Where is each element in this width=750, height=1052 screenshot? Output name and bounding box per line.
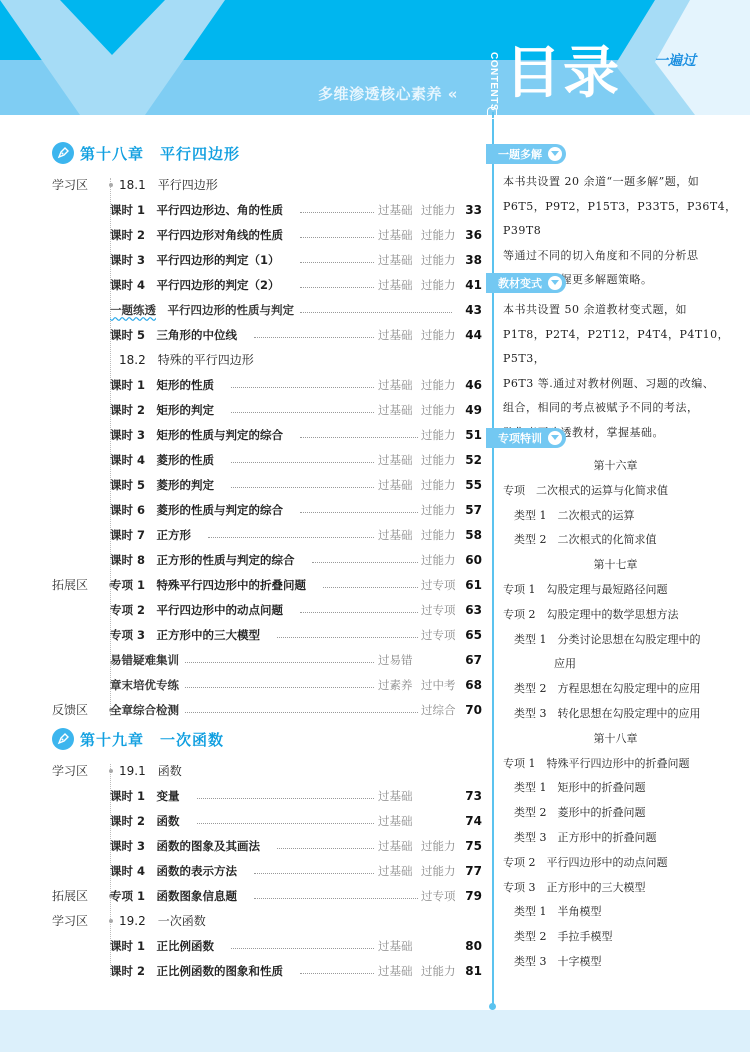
- page-number: 77: [460, 864, 482, 878]
- page-number: 67: [460, 653, 482, 667]
- entry-title: 章末培优专练: [110, 677, 179, 693]
- practice-tag: 过专项: [421, 627, 456, 643]
- entry-label: 课时 8 正方形的性质与判定的综合: [110, 553, 295, 567]
- page-number: 44: [460, 328, 482, 342]
- entry-title: 课时 4 平行四边形的判定（2）: [110, 277, 280, 293]
- practice-tag: 过基础: [378, 402, 413, 418]
- page-number: 73: [460, 789, 482, 803]
- entry-label: 课时 2 函数: [110, 814, 180, 828]
- v-decoration: [0, 0, 230, 115]
- page-number: 80: [460, 939, 482, 953]
- section-title: 18.2 特殊的平行四边形: [119, 351, 254, 368]
- page-number: 68: [460, 678, 482, 692]
- panel-text-line: 组合，相同的考点被赋予不同的考法，: [503, 396, 748, 421]
- entry-title: 课时 8 正方形的性质与判定的综合: [110, 552, 295, 568]
- dotted-leader: [300, 972, 374, 974]
- special-type[interactable]: 应用: [503, 652, 748, 677]
- panel-text-line: 等通过不同的切入角度和不同的分析思: [503, 244, 748, 269]
- special-topic[interactable]: 专项 1 勾股定理与最短路径问题: [503, 578, 748, 603]
- entry-title: 专项 1 函数图象信息题: [110, 888, 237, 904]
- practice-tag: 过素养: [378, 677, 413, 693]
- entry-label: 课时 1 变量: [110, 789, 180, 803]
- entry-label: 课时 3 函数的图象及其画法: [110, 839, 260, 853]
- page-number: 41: [460, 278, 482, 292]
- special-type[interactable]: 类型 1 半角模型: [503, 900, 748, 925]
- chapter-subheading: 第十七章: [503, 553, 748, 578]
- practice-tag: 过基础: [378, 788, 413, 804]
- badge-textbook-variant[interactable]: 教材变式: [486, 273, 566, 293]
- practice-tag: 过能力: [421, 277, 456, 293]
- entry-label: 易错疑难集训: [110, 653, 179, 667]
- toc-row[interactable]: 课时 4 函数的表示方法过基础过能力77: [52, 858, 482, 883]
- pen-icon: [52, 142, 74, 164]
- practice-tag: 过能力: [421, 402, 456, 418]
- page-number: 63: [460, 603, 482, 617]
- dotted-leader: [300, 511, 418, 513]
- page-number: 51: [460, 428, 482, 442]
- entry-label: 课时 3 平行四边形的判定（1）: [110, 253, 280, 267]
- dotted-leader: [312, 561, 419, 563]
- special-type[interactable]: 类型 2 菱形中的折叠问题: [503, 801, 748, 826]
- toc-row[interactable]: 专项 3 正方形中的三大模型过专项65: [52, 622, 482, 647]
- chapter-block: 学习区18.1 平行四边形课时 1 平行四边形边、角的性质过基础过能力33课时 …: [52, 172, 482, 722]
- zone-label: 学习区: [52, 176, 102, 193]
- entry-title: 课时 2 矩形的判定: [110, 402, 214, 418]
- panel-text-line: P1T8，P2T4，P2T12，P4T4，P4T10，P5T3，: [503, 323, 748, 372]
- entry-title: 课时 3 矩形的性质与判定的综合: [110, 427, 283, 443]
- chapter-heading[interactable]: 第十九章 一次函数: [52, 724, 482, 754]
- page-number: 60: [460, 553, 482, 567]
- page-number: 46: [460, 378, 482, 392]
- practice-tag: 过能力: [421, 838, 456, 854]
- practice-tag: 过基础: [378, 477, 413, 493]
- page-number: 75: [460, 839, 482, 853]
- toc-row[interactable]: 拓展区专项 1 特殊平行四边形中的折叠问题过专项61: [52, 572, 482, 597]
- entry-title: 课时 1 矩形的性质: [110, 377, 214, 393]
- practice-tag: 过基础: [378, 377, 413, 393]
- entry-label: 课时 2 平行四边形对角线的性质: [110, 228, 283, 242]
- dotted-leader: [197, 822, 375, 824]
- toc-row[interactable]: 专项 2 平行四边形中的动点问题过专项63: [52, 597, 482, 622]
- toc-row[interactable]: 拓展区专项 1 函数图象信息题过专项79: [52, 883, 482, 908]
- toc-row[interactable]: 课时 2 函数过基础74: [52, 808, 482, 833]
- footer-band: [0, 1010, 750, 1052]
- section-row: 学习区18.1 平行四边形: [52, 172, 482, 197]
- toc-row[interactable]: 课时 8 正方形的性质与判定的综合过能力60: [52, 547, 482, 572]
- dotted-leader: [231, 486, 374, 488]
- entry-title: 一题练透 平行四边形的性质与判定: [110, 302, 294, 318]
- special-type[interactable]: 类型 3 转化思想在勾股定理中的应用: [503, 702, 748, 727]
- practice-tag: 过专项: [421, 602, 456, 618]
- toc-row[interactable]: 课时 1 平行四边形边、角的性质过基础过能力33: [52, 197, 482, 222]
- practice-tag: 过能力: [421, 252, 456, 268]
- zone-dot: [109, 183, 113, 187]
- entry-label: 课时 3 矩形的性质与判定的综合: [110, 428, 283, 442]
- textbook-variant-text: 本书共设置 50 余道教材变式题，如P1T8，P2T4，P2T12，P4T4，P…: [503, 298, 748, 445]
- page-number: 49: [460, 403, 482, 417]
- practice-tag: 过能力: [421, 963, 456, 979]
- dotted-leader: [197, 797, 375, 799]
- zone-dot: [109, 919, 113, 923]
- practice-tag: 过易错: [378, 652, 413, 668]
- zone-label: 拓展区: [52, 887, 102, 904]
- practice-tag: 过基础: [378, 252, 413, 268]
- toc-row[interactable]: 课时 4 菱形的性质过基础过能力52: [52, 447, 482, 472]
- entry-title: 课时 2 平行四边形对角线的性质: [110, 227, 283, 243]
- practice-tag: 过综合: [421, 702, 456, 718]
- entry-title: 全章综合检测: [110, 702, 179, 718]
- panel-text-line: 本书共设置 50 余道教材变式题，如: [503, 298, 748, 323]
- page-number: 55: [460, 478, 482, 492]
- chapter-block: 学习区19.1 函数课时 1 变量过基础73课时 2 函数过基础74课时 3 函…: [52, 758, 482, 983]
- practice-tag: 过基础: [378, 863, 413, 879]
- special-type[interactable]: 类型 2 方程思想在勾股定理中的应用: [503, 677, 748, 702]
- entry-label: 课时 1 矩形的性质: [110, 378, 214, 392]
- badge-multi-solution[interactable]: 一题多解: [486, 144, 566, 164]
- page-number: 70: [460, 703, 482, 717]
- dotted-leader: [300, 236, 374, 238]
- entry-label: 课时 5 三角形的中位线: [110, 328, 237, 342]
- toc-row[interactable]: 一题练透 平行四边形的性质与判定43: [52, 297, 482, 322]
- entry-title: 课时 3 函数的图象及其画法: [110, 838, 260, 854]
- dotted-leader: [231, 411, 374, 413]
- entry-label: 专项 1 特殊平行四边形中的折叠问题: [110, 578, 306, 592]
- dotted-leader: [300, 311, 452, 313]
- panel-text-line: P6T5，P9T2，P15T3，P33T5，P36T4，P39T8: [503, 195, 748, 244]
- entry-title: 课时 5 三角形的中位线: [110, 327, 237, 343]
- table-of-contents: 第十八章 平行四边形学习区18.1 平行四边形课时 1 平行四边形边、角的性质过…: [52, 138, 482, 983]
- page-number: 57: [460, 503, 482, 517]
- toc-row[interactable]: 课时 6 菱形的性质与判定的综合过能力57: [52, 497, 482, 522]
- zone-label: 拓展区: [52, 576, 102, 593]
- section-row: 学习区19.2 一次函数: [52, 908, 482, 933]
- contents-label: CONTENTS: [488, 52, 499, 111]
- toc-row[interactable]: 课时 7 正方形过基础过能力58: [52, 522, 482, 547]
- entry-title: 易错疑难集训: [110, 652, 179, 668]
- dotted-leader: [300, 286, 374, 288]
- chevron-down-icon: [548, 431, 562, 445]
- entry-label: 平行四边形的性质与判定: [156, 303, 294, 317]
- special-type[interactable]: 类型 1 二次根式的运算: [503, 504, 748, 529]
- badge-label: 专项特训: [498, 430, 542, 446]
- practice-tag: 过能力: [421, 327, 456, 343]
- entry-label: 课时 2 正比例函数的图象和性质: [110, 964, 283, 978]
- special-type[interactable]: 类型 1 分类讨论思想在勾股定理中的: [503, 628, 748, 653]
- practice-tag: 过能力: [421, 202, 456, 218]
- toc-row[interactable]: 课时 3 平行四边形的判定（1）过基础过能力38: [52, 247, 482, 272]
- entry-title: 课时 4 函数的表示方法: [110, 863, 237, 879]
- dotted-leader: [208, 536, 374, 538]
- entry-title: 课时 3 平行四边形的判定（1）: [110, 252, 280, 268]
- dotted-leader: [254, 872, 374, 874]
- entry-label: 专项 2 平行四边形中的动点问题: [110, 603, 283, 617]
- practice-tag: 过基础: [378, 527, 413, 543]
- section-title: 18.1 平行四边形: [119, 176, 218, 193]
- toc-row[interactable]: 课时 2 平行四边形对角线的性质过基础过能力36: [52, 222, 482, 247]
- page-number: 65: [460, 628, 482, 642]
- connector-line: [492, 112, 494, 1007]
- entry-title: 课时 6 菱形的性质与判定的综合: [110, 502, 283, 518]
- connector-ring: [487, 107, 497, 119]
- entry-label: 课时 2 矩形的判定: [110, 403, 214, 417]
- panel-text-line: 本书共设置 20 余道“一题多解”题，如: [503, 170, 748, 195]
- practice-tag: 过基础: [378, 963, 413, 979]
- entry-title: 课时 2 函数: [110, 813, 180, 829]
- page-number: 52: [460, 453, 482, 467]
- practice-tag: 过基础: [378, 202, 413, 218]
- chapter-title: 第十九章 一次函数: [80, 729, 224, 750]
- dotted-leader: [300, 261, 374, 263]
- badge-label: 一题多解: [498, 146, 542, 162]
- toc-row[interactable]: 课时 3 函数的图象及其画法过基础过能力75: [52, 833, 482, 858]
- entry-label: 专项 1 函数图象信息题: [110, 889, 237, 903]
- entry-title: 课时 4 菱形的性质: [110, 452, 214, 468]
- entry-label: 课时 1 正比例函数: [110, 939, 214, 953]
- chapter-heading[interactable]: 第十八章 平行四边形: [52, 138, 482, 168]
- entry-label: 课时 4 函数的表示方法: [110, 864, 237, 878]
- page-title: 目录: [505, 44, 621, 104]
- header-subtitle: 多维渗透核心素养 «: [318, 83, 458, 104]
- chapter-subheading: 第十八章: [503, 727, 748, 752]
- chevron-down-icon: [548, 276, 562, 290]
- page-number: 61: [460, 578, 482, 592]
- toc-row[interactable]: 课时 1 矩形的性质过基础过能力46: [52, 372, 482, 397]
- entry-label: 课时 5 菱形的判定: [110, 478, 214, 492]
- dotted-leader: [231, 386, 374, 388]
- dotted-leader: [231, 947, 374, 949]
- dotted-leader: [300, 436, 418, 438]
- page-number: 36: [460, 228, 482, 242]
- practice-tag: 过中考: [421, 677, 456, 693]
- toc-row[interactable]: 课时 1 正比例函数过基础80: [52, 933, 482, 958]
- entry-label: 全章综合检测: [110, 703, 179, 717]
- special-type[interactable]: 类型 2 手拉手模型: [503, 925, 748, 950]
- zone-label: 反馈区: [52, 701, 102, 718]
- special-topic[interactable]: 专项 2 勾股定理中的数学思想方法: [503, 603, 748, 628]
- page-number: 33: [460, 203, 482, 217]
- toc-row[interactable]: 课时 5 三角形的中位线过基础过能力44: [52, 322, 482, 347]
- chapter-title: 第十八章 平行四边形: [80, 143, 240, 164]
- toc-row[interactable]: 课时 3 矩形的性质与判定的综合过能力51: [52, 422, 482, 447]
- zone-dot: [109, 769, 113, 773]
- zone-label: 学习区: [52, 762, 102, 779]
- entry-label: 章末培优专练: [110, 678, 179, 692]
- dotted-leader: [277, 847, 374, 849]
- page-number: 38: [460, 253, 482, 267]
- practice-tag: 过基础: [378, 277, 413, 293]
- toc-row[interactable]: 课时 5 菱形的判定过基础过能力55: [52, 472, 482, 497]
- practice-tag: 过基础: [378, 227, 413, 243]
- toc-row[interactable]: 章末培优专练过素养过中考68: [52, 672, 482, 697]
- practice-tag: 过能力: [421, 552, 456, 568]
- practice-tag: 过专项: [421, 888, 456, 904]
- panel-text-line: P6T3 等.通过对教材例题、习题的改编、: [503, 372, 748, 397]
- toc-row[interactable]: 反馈区全章综合检测过综合70: [52, 697, 482, 722]
- connector-dot: [489, 1003, 496, 1010]
- practice-tag: 过能力: [421, 502, 456, 518]
- chapter-subheading: 第十六章: [503, 454, 748, 479]
- dotted-leader: [231, 461, 374, 463]
- zone-label: 学习区: [52, 912, 102, 929]
- entry-title: 课时 2 正比例函数的图象和性质: [110, 963, 283, 979]
- toc-row[interactable]: 课时 2 正比例函数的图象和性质过基础过能力81: [52, 958, 482, 983]
- entry-title: 课时 1 正比例函数: [110, 938, 214, 954]
- section-row: 学习区19.1 函数: [52, 758, 482, 783]
- toc-row[interactable]: 课时 1 变量过基础73: [52, 783, 482, 808]
- practice-tag: 过能力: [421, 427, 456, 443]
- section-title: 19.1 函数: [119, 762, 182, 779]
- entry-label: 课时 6 菱形的性质与判定的综合: [110, 503, 283, 517]
- practice-tag: 过基础: [378, 813, 413, 829]
- practice-tag: 过基础: [378, 938, 413, 954]
- dotted-leader: [254, 336, 374, 338]
- special-topic[interactable]: 专项 二次根式的运算与化简求值: [503, 479, 748, 504]
- page-number: 74: [460, 814, 482, 828]
- toc-row[interactable]: 课时 2 矩形的判定过基础过能力49: [52, 397, 482, 422]
- dotted-leader: [300, 211, 374, 213]
- entry-title: 专项 2 平行四边形中的动点问题: [110, 602, 283, 618]
- toc-row[interactable]: 课时 4 平行四边形的判定（2）过基础过能力41: [52, 272, 482, 297]
- special-type[interactable]: 类型 1 矩形中的折叠问题: [503, 776, 748, 801]
- section-row: 18.2 特殊的平行四边形: [52, 347, 482, 372]
- practice-tag: 过能力: [421, 863, 456, 879]
- entry-title: 课时 1 变量: [110, 788, 180, 804]
- practice-tag: 过基础: [378, 452, 413, 468]
- practice-tag: 过能力: [421, 377, 456, 393]
- practice-tag: 过基础: [378, 838, 413, 854]
- special-type[interactable]: 类型 3 十字模型: [503, 950, 748, 975]
- special-topic[interactable]: 专项 3 正方形中的三大模型: [503, 876, 748, 901]
- badge-special-training[interactable]: 专项特训: [486, 428, 566, 448]
- page-number: 43: [460, 303, 482, 317]
- dotted-leader: [185, 711, 418, 713]
- page-header: 多维渗透核心素养 « CONTENTS 目录 一遍过: [0, 0, 750, 115]
- practice-tag: 过基础: [378, 327, 413, 343]
- entry-title: 课时 1 平行四边形边、角的性质: [110, 202, 283, 218]
- entry-label: 课时 4 平行四边形的判定（2）: [110, 278, 280, 292]
- special-topic[interactable]: 专项 1 特殊平行四边形中的折叠问题: [503, 752, 748, 777]
- entry-label: 课时 1 平行四边形边、角的性质: [110, 203, 283, 217]
- page-number: 81: [460, 964, 482, 978]
- section-title: 19.2 一次函数: [119, 912, 206, 929]
- toc-row[interactable]: 易错疑难集训过易错67: [52, 647, 482, 672]
- entry-title: 课时 7 正方形: [110, 527, 191, 543]
- entry-title: 专项 3 正方形中的三大模型: [110, 627, 260, 643]
- chevron-down-icon: [548, 147, 562, 161]
- page-number: 58: [460, 528, 482, 542]
- special-prefix: 一题练透: [110, 303, 156, 317]
- entry-label: 课时 7 正方形: [110, 528, 191, 542]
- special-type[interactable]: 类型 3 正方形中的折叠问题: [503, 826, 748, 851]
- special-topic[interactable]: 专项 2 平行四边形中的动点问题: [503, 851, 748, 876]
- brand-logo: 一遍过: [654, 50, 696, 70]
- entry-label: 专项 3 正方形中的三大模型: [110, 628, 260, 642]
- practice-tag: 过专项: [421, 577, 456, 593]
- practice-tag: 过能力: [421, 477, 456, 493]
- badge-label: 教材变式: [498, 275, 542, 291]
- page-number: 79: [460, 889, 482, 903]
- pen-icon: [52, 728, 74, 750]
- dotted-leader: [185, 661, 374, 663]
- dotted-leader: [185, 686, 374, 688]
- dotted-leader: [300, 611, 418, 613]
- practice-tag: 过能力: [421, 452, 456, 468]
- dotted-leader: [277, 636, 418, 638]
- entry-title: 课时 5 菱形的判定: [110, 477, 214, 493]
- special-type[interactable]: 类型 2 二次根式的化简求值: [503, 528, 748, 553]
- entry-title: 专项 1 特殊平行四边形中的折叠问题: [110, 577, 306, 593]
- dotted-leader: [323, 586, 418, 588]
- practice-tag: 过能力: [421, 227, 456, 243]
- dotted-leader: [254, 897, 418, 899]
- entry-label: 课时 4 菱形的性质: [110, 453, 214, 467]
- practice-tag: 过能力: [421, 527, 456, 543]
- special-training-list: 第十六章专项 二次根式的运算与化简求值类型 1 二次根式的运算类型 2 二次根式…: [503, 454, 748, 975]
